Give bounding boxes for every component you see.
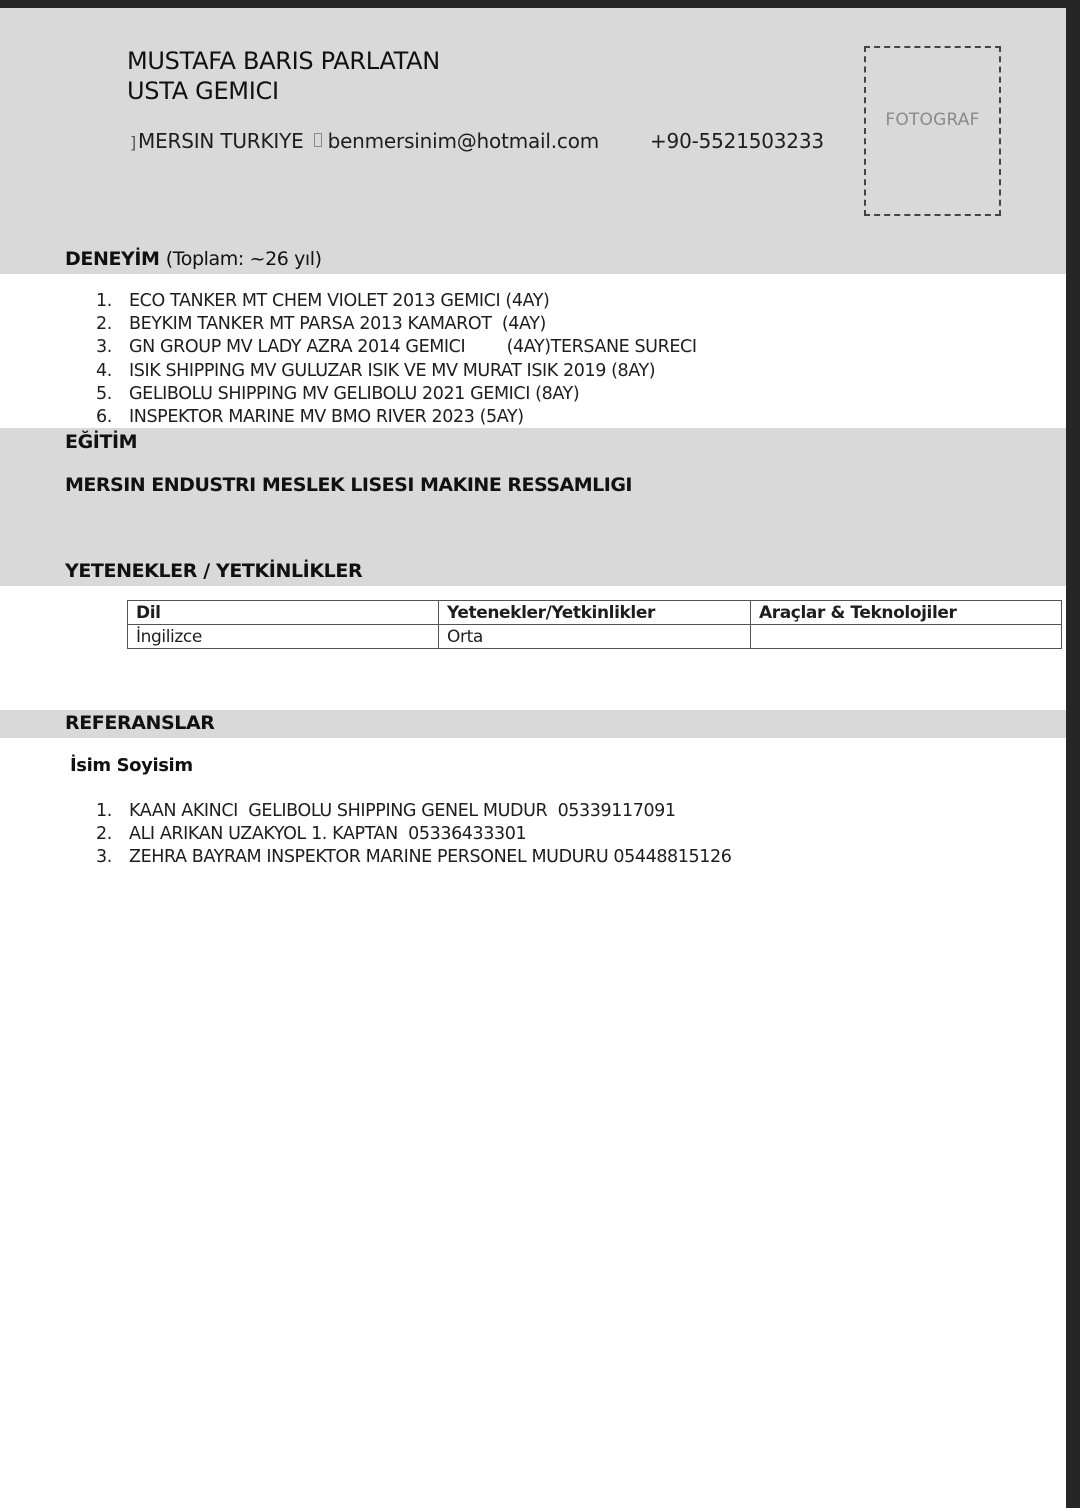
- window-frame-top: [0, 0, 1080, 8]
- list-text: GELIBOLU SHIPPING MV GELIBOLU 2021 GEMIC…: [129, 384, 579, 404]
- experience-title: DENEYİM: [65, 248, 160, 270]
- list-item: 1.ECO TANKER MT CHEM VIOLET 2013 GEMICI …: [96, 290, 697, 313]
- list-item: 6.INSPEKTOR MARINE MV BMO RIVER 2023 (5A…: [96, 406, 697, 429]
- education-school: MERSIN ENDUSTRI MESLEK LISESI MAKINE RES…: [65, 473, 632, 497]
- candidate-name: MUSTAFA BARIS PARLATAN: [127, 46, 440, 76]
- list-number: 3.: [96, 846, 129, 869]
- list-item: 3.ZEHRA BAYRAM INSPEKTOR MARINE PERSONEL…: [96, 846, 731, 869]
- phone-text: +90-5521503233: [650, 128, 824, 154]
- cell-level: Orta: [439, 625, 751, 649]
- email-text: benmersinim@hotmail.com: [328, 129, 599, 153]
- contact-line: ]MERSIN TURKIYEbenmersinim@hotmail.com +…: [130, 128, 599, 156]
- list-text: ZEHRA BAYRAM INSPEKTOR MARINE PERSONEL M…: [129, 847, 731, 867]
- header-tools: Araçlar & Teknolojiler: [751, 601, 1062, 625]
- list-item: 3.GN GROUP MV LADY AZRA 2014 GEMICI (4AY…: [96, 336, 697, 359]
- list-text: INSPEKTOR MARINE MV BMO RIVER 2023 (5AY): [129, 407, 524, 427]
- skills-heading: YETENEKLER / YETKİNLİKLER: [65, 559, 362, 583]
- table-row: İngilizce Orta: [128, 625, 1062, 649]
- list-item: 1.KAAN AKINCI GELIBOLU SHIPPING GENEL MU…: [96, 800, 731, 823]
- photo-placeholder: FOTOGRAF: [864, 46, 1001, 216]
- list-text: ALI ARIKAN UZAKYOL 1. KAPTAN 05336433301: [129, 824, 526, 844]
- list-number: 2.: [96, 823, 129, 846]
- scrollbar-track[interactable]: [1066, 0, 1080, 1508]
- list-number: 1.: [96, 800, 129, 823]
- location-pin-icon: ]: [130, 133, 136, 152]
- experience-list: 1.ECO TANKER MT CHEM VIOLET 2013 GEMICI …: [96, 290, 697, 429]
- education-heading: EĞİTİM: [65, 430, 137, 454]
- skills-table-header: Dil Yetenekler/Yetkinlikler Araçlar & Te…: [128, 601, 1062, 625]
- candidate-title: USTA GEMICI: [127, 76, 279, 106]
- skills-table: Dil Yetenekler/Yetkinlikler Araçlar & Te…: [127, 600, 1062, 649]
- references-heading: REFERANSLAR: [65, 711, 215, 735]
- envelope-icon: [314, 133, 322, 147]
- list-number: 5.: [96, 383, 129, 406]
- list-item: 2.BEYKIM TANKER MT PARSA 2013 KAMAROT (4…: [96, 313, 697, 336]
- cv-page: MUSTAFA BARIS PARLATAN USTA GEMICI ]MERS…: [0, 8, 1066, 1508]
- references-subtitle: İsim Soyisim: [70, 754, 193, 778]
- list-item: 2.ALI ARIKAN UZAKYOL 1. KAPTAN 053364333…: [96, 823, 731, 846]
- list-item: 4.ISIK SHIPPING MV GULUZAR ISIK VE MV MU…: [96, 360, 697, 383]
- list-text: ISIK SHIPPING MV GULUZAR ISIK VE MV MURA…: [129, 361, 655, 381]
- list-text: ECO TANKER MT CHEM VIOLET 2013 GEMICI (4…: [129, 291, 550, 311]
- list-text: BEYKIM TANKER MT PARSA 2013 KAMAROT (4AY…: [129, 314, 546, 334]
- header-skills: Yetenekler/Yetkinlikler: [439, 601, 751, 625]
- experience-total: (Toplam: ~26 yıl): [166, 248, 322, 270]
- list-number: 6.: [96, 406, 129, 429]
- location-text: MERSIN TURKIYE: [138, 129, 304, 153]
- list-number: 3.: [96, 336, 129, 359]
- photo-placeholder-label: FOTOGRAF: [885, 110, 979, 130]
- cell-language: İngilizce: [128, 625, 439, 649]
- list-text: GN GROUP MV LADY AZRA 2014 GEMICI (4AY)T…: [129, 337, 697, 357]
- list-text: KAAN AKINCI GELIBOLU SHIPPING GENEL MUDU…: [129, 801, 676, 821]
- experience-heading: DENEYİM (Toplam: ~26 yıl): [65, 247, 322, 271]
- header-language: Dil: [128, 601, 439, 625]
- cell-tools: [751, 625, 1062, 649]
- list-number: 2.: [96, 313, 129, 336]
- references-list: 1.KAAN AKINCI GELIBOLU SHIPPING GENEL MU…: [96, 800, 731, 870]
- list-number: 4.: [96, 360, 129, 383]
- list-number: 1.: [96, 290, 129, 313]
- list-item: 5.GELIBOLU SHIPPING MV GELIBOLU 2021 GEM…: [96, 383, 697, 406]
